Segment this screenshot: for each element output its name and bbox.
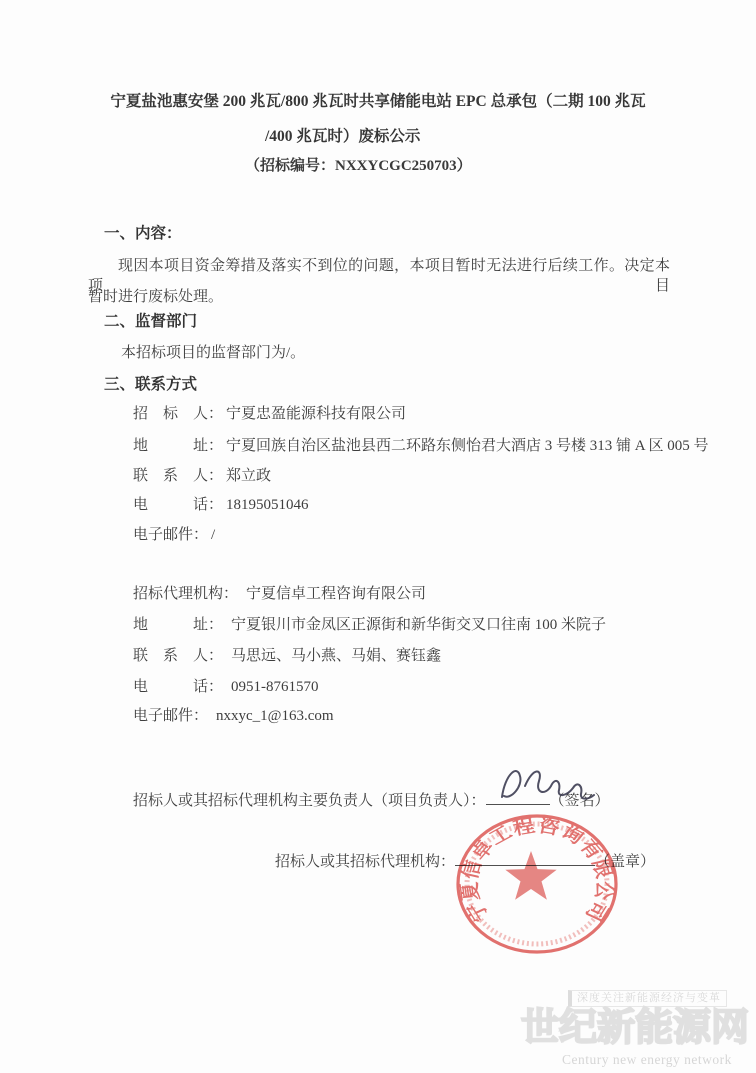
field-label: 地 址：: [133, 438, 223, 454]
field-label: 招标代理机构：: [133, 586, 238, 602]
field-value: 郑立政: [226, 468, 271, 484]
field-label: 联 系 人：: [133, 648, 223, 664]
document-title-line2: /400 兆瓦时）废标公示: [265, 127, 420, 147]
field-value: /: [211, 527, 215, 543]
field-value: 宁夏银川市金凤区正源街和新华街交叉口往南 100 米院子: [231, 617, 606, 633]
watermark-site-name: 世纪新能源网: [521, 1006, 749, 1050]
tenderer-row-email: 电子邮件：/: [133, 525, 215, 545]
field-label: 联 系 人：: [133, 468, 223, 484]
document-page: 宁夏盐池惠安堡 200 兆瓦/800 兆瓦时共享储能电站 EPC 总承包（二期 …: [0, 0, 756, 1073]
document-title-line1: 宁夏盐池惠安堡 200 兆瓦/800 兆瓦时共享储能电站 EPC 总承包（二期 …: [0, 92, 756, 112]
field-label: 电子邮件：: [133, 708, 208, 724]
agency-seal-label: 招标人或其招标代理机构：: [275, 854, 455, 870]
field-label: 招 标 人：: [133, 406, 223, 422]
tenderer-row-address: 地 址：宁夏回族自治区盐池县西二环路东侧怡君大酒店 3 号楼 313 铺 A 区…: [133, 436, 709, 456]
field-value: 宁夏回族自治区盐池县西二环路东侧怡君大酒店 3 号楼 313 铺 A 区 005…: [226, 438, 709, 454]
field-value: 宁夏忠盈能源科技有限公司: [226, 406, 406, 422]
field-label: 地 址：: [133, 617, 223, 633]
watermark-slogan: 深度关注新能源经济与变革: [568, 990, 727, 1007]
field-value: nxxyc_1@163.com: [216, 708, 334, 724]
agency-row-name: 招标代理机构：宁夏信卓工程咨询有限公司: [133, 584, 426, 604]
field-value: 18195051046: [226, 497, 309, 513]
agency-row-phone: 电 话：0951-8761570: [133, 677, 319, 697]
section-supervision-body: 本招标项目的监督部门为/。: [121, 343, 305, 363]
agency-row-contact: 联 系 人：马思远、马小燕、马娟、赛钰鑫: [133, 646, 441, 666]
tenderer-row-name: 招 标 人：宁夏忠盈能源科技有限公司: [133, 404, 406, 424]
field-value: 马思远、马小燕、马娟、赛钰鑫: [231, 648, 441, 664]
responsible-person-label: 招标人或其招标代理机构主要负责人（项目负责人）：: [133, 793, 486, 809]
bid-number: （招标编号：NXXYCGC250703）: [245, 156, 472, 176]
section-contact-heading: 三、联系方式: [104, 375, 197, 395]
company-seal-stamp: 宁夏信卓工程咨询有限公司: [450, 806, 630, 961]
field-label: 电子邮件：: [133, 527, 208, 543]
tenderer-row-contact: 联 系 人：郑立政: [133, 466, 271, 486]
watermark-site-name-en: Century new energy network: [562, 1050, 732, 1070]
field-value: 宁夏信卓工程咨询有限公司: [246, 586, 426, 602]
field-label: 电 话：: [133, 497, 223, 513]
stamp-star-icon: [505, 851, 556, 900]
section-content-heading: 一、内容：: [104, 224, 182, 244]
agency-row-address: 地 址：宁夏银川市金凤区正源街和新华街交叉口往南 100 米院子: [133, 615, 606, 635]
tenderer-row-phone: 电 话：18195051046: [133, 495, 309, 515]
field-label: 电 话：: [133, 679, 223, 695]
section-content-paragraph-line2: 暂时进行废标处理。: [88, 287, 223, 307]
section-supervision-heading: 二、监督部门: [104, 312, 197, 332]
field-value: 0951-8761570: [231, 679, 319, 695]
agency-row-email: 电子邮件：nxxyc_1@163.com: [133, 706, 334, 726]
